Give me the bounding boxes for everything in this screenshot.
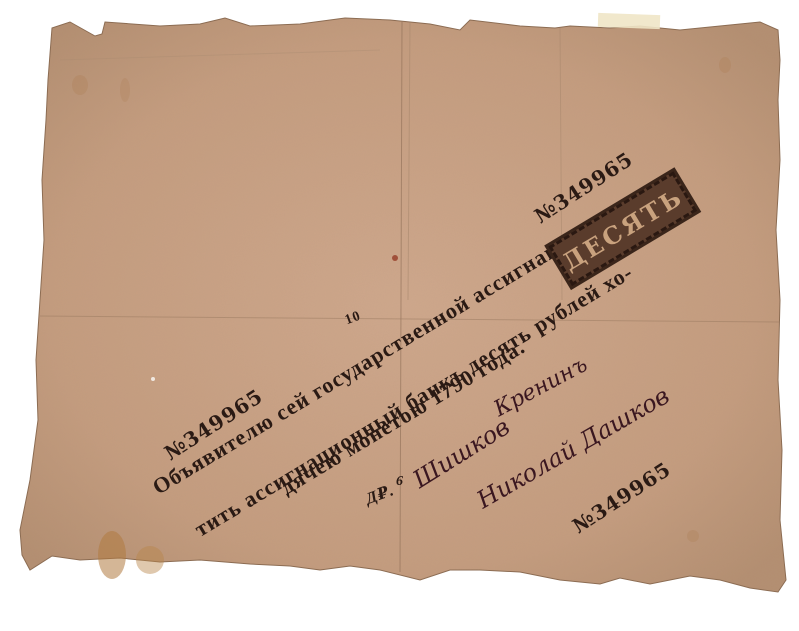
tape-fragment (598, 13, 660, 29)
paper-background (0, 0, 799, 631)
banknote-paper (0, 0, 799, 631)
digit-mark: 6 (396, 474, 404, 490)
